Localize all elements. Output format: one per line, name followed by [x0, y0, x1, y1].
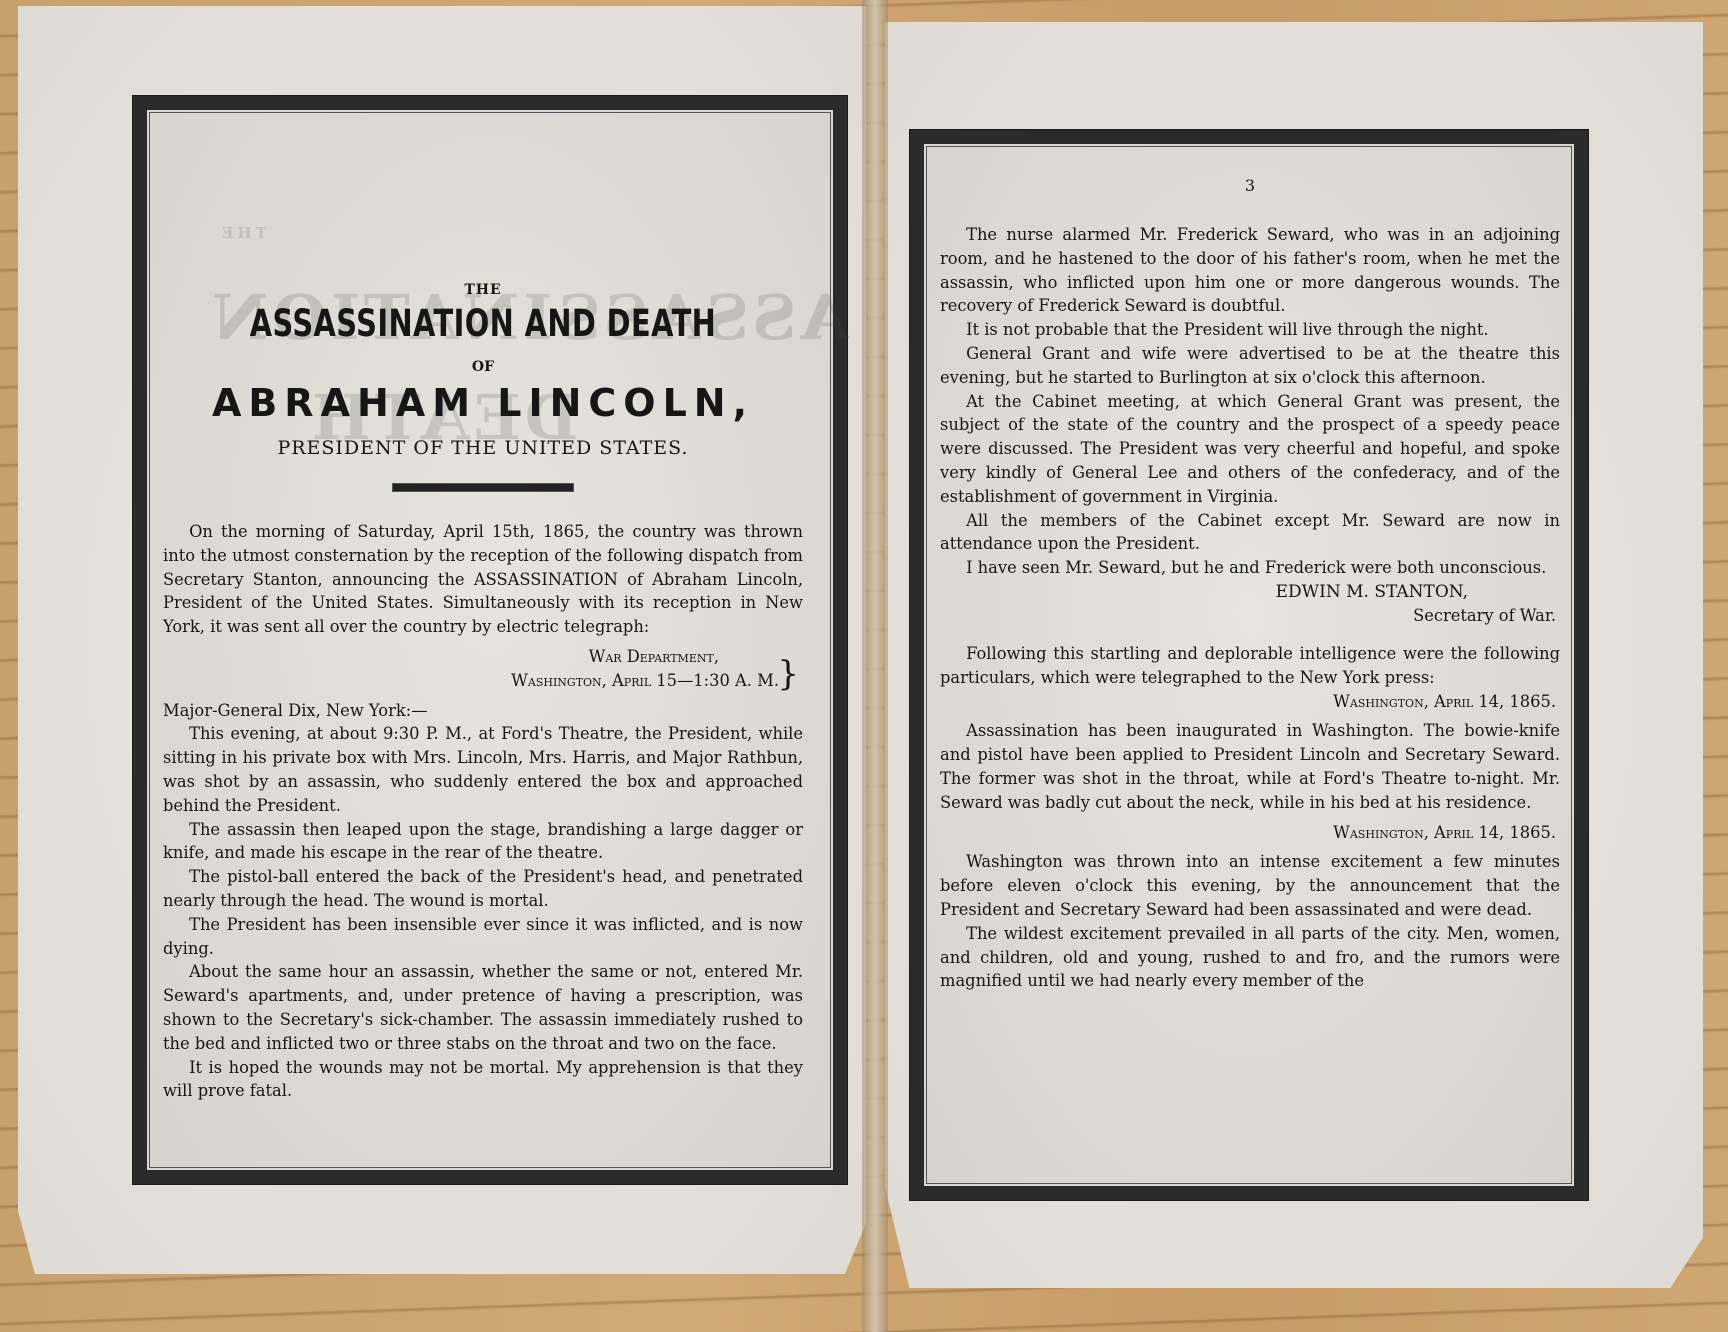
signature-name: EDWIN M. STANTON, — [940, 580, 1560, 604]
headline-assassination-and-death: ASSASSINATION AND DEATH — [233, 302, 732, 345]
dispatch-2b: The wildest excitement prevailed in all … — [940, 922, 1560, 993]
title-rule — [392, 483, 574, 492]
salutation: Major-General Dix, New York:— — [163, 699, 803, 723]
paragraph: The President has been insensible ever s… — [163, 913, 803, 961]
signature-title: Secretary of War. — [940, 604, 1560, 628]
war-department-dateline: War Department, Washington, April 15—1:3… — [163, 645, 803, 693]
title-the: THE — [163, 282, 803, 298]
page-number: 3 — [940, 176, 1560, 195]
dispatch-2a: Washington was thrown into an intense ex… — [940, 850, 1560, 921]
dateline-2: Washington, April 14, 1865. — [940, 821, 1560, 845]
paragraph: It is hoped the wounds may not be mortal… — [163, 1056, 803, 1104]
dateline-1: Washington, April 14, 1865. — [940, 690, 1560, 714]
right-page-layer: 3 The nurse alarmed Mr. Frederick Seward… — [885, 22, 1703, 1288]
paragraph: The assassin then leaped upon the stage,… — [163, 818, 803, 866]
left-page-layer: PRICE 15 CENTS. THE ASSASSINATION DEATH … — [18, 6, 866, 1274]
headline-abraham-lincoln: ABRAHAM LINCOLN, — [163, 381, 803, 425]
paragraph: This evening, at about 9:30 P. M., at Fo… — [163, 722, 803, 817]
dispatch-1: Assassination has been inaugurated in Wa… — [940, 719, 1560, 814]
dateline-line1: War Department, — [163, 645, 779, 669]
dateline-line2: Washington, April 15—1:30 A. M. — [163, 669, 779, 693]
paragraph: The nurse alarmed Mr. Frederick Seward, … — [940, 223, 1560, 318]
intro-paragraph: On the morning of Saturday, April 15th, … — [163, 520, 803, 639]
paragraph: It is not probable that the President wi… — [940, 318, 1560, 342]
subtitle-president: PRESIDENT OF THE UNITED STATES. — [163, 437, 803, 459]
paragraph: At the Cabinet meeting, at which General… — [940, 390, 1560, 509]
paragraph: About the same hour an assassin, whether… — [163, 960, 803, 1055]
right-page-content: 3 The nurse alarmed Mr. Frederick Seward… — [940, 140, 1560, 993]
paragraph: General Grant and wife were advertised t… — [940, 342, 1560, 390]
paragraph: All the members of the Cabinet except Mr… — [940, 509, 1560, 557]
title-of: OF — [163, 359, 803, 375]
paragraph: The pistol-ball entered the back of the … — [163, 865, 803, 913]
brace-glyph: } — [777, 657, 799, 691]
following-paragraph: Following this startling and deplorable … — [940, 642, 1560, 690]
left-page-content: THE ASSASSINATION AND DEATH OF ABRAHAM L… — [163, 106, 803, 1103]
paragraph: I have seen Mr. Seward, but he and Frede… — [940, 556, 1560, 580]
